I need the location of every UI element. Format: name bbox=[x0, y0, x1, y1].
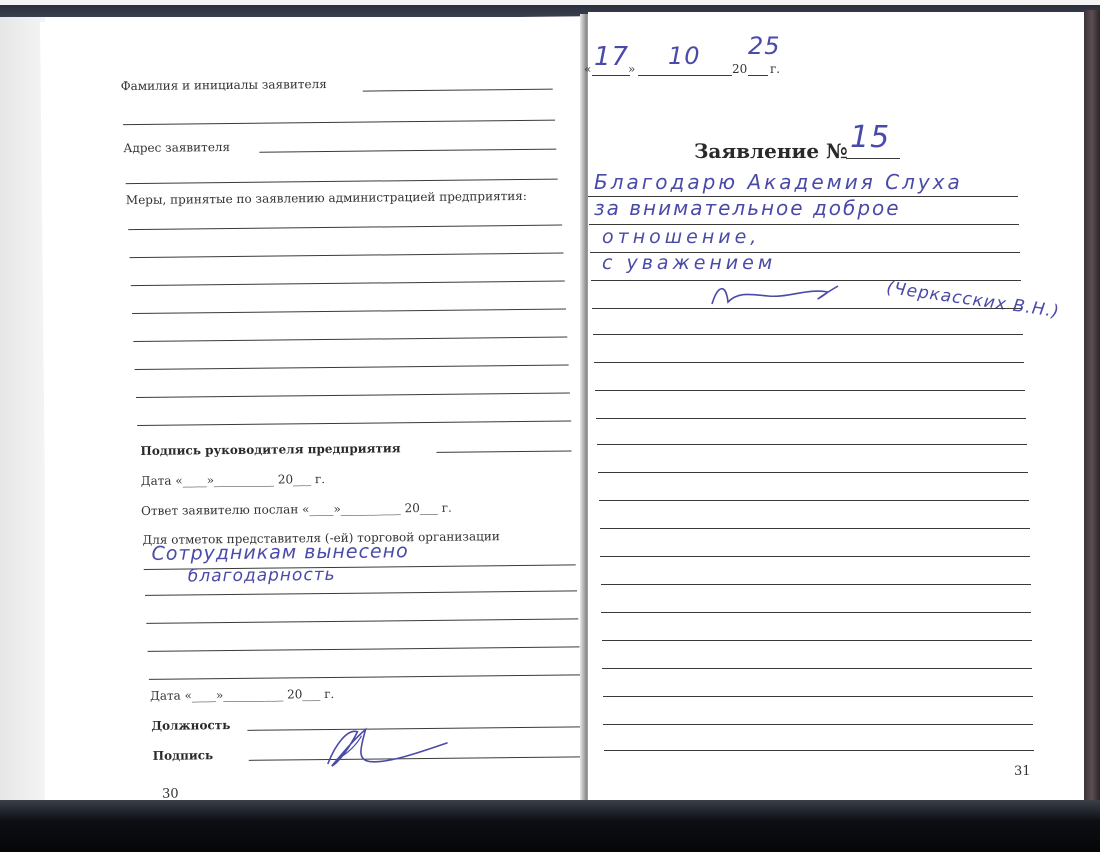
application-title: Заявление № bbox=[694, 139, 848, 163]
measures-label: Меры, принятые по заявлению администраци… bbox=[126, 189, 527, 207]
text-line bbox=[601, 584, 1031, 585]
measures-line bbox=[131, 281, 565, 287]
notes-line bbox=[149, 674, 581, 680]
date-year-mark: г. bbox=[770, 62, 780, 76]
left-page: Фамилия и инициалы заявителя Адрес заяви… bbox=[40, 16, 593, 830]
manager-signature-label: Подпись руководителя предприятия bbox=[140, 441, 400, 458]
date-month-line bbox=[638, 75, 732, 76]
notes-line bbox=[145, 590, 577, 596]
notes-line bbox=[148, 646, 580, 652]
text-line bbox=[599, 500, 1029, 501]
text-line bbox=[592, 308, 1022, 309]
notes-line bbox=[146, 618, 578, 624]
page-stack-edge bbox=[0, 15, 45, 815]
application-number-line bbox=[846, 158, 900, 159]
text-line bbox=[603, 696, 1033, 697]
handwritten-line-3: отношение, bbox=[602, 226, 760, 248]
date-line-1: Дата «____»__________ 20___ г. bbox=[141, 472, 325, 488]
text-line bbox=[601, 612, 1031, 613]
signature-label: Подпись bbox=[153, 748, 214, 763]
date-year-suffix: 25 bbox=[748, 32, 781, 60]
text-line bbox=[602, 668, 1032, 669]
org-rep-note-line-1: Сотрудникам вынесено bbox=[151, 540, 408, 565]
book-cover-bottom bbox=[0, 800, 1100, 852]
handwritten-line-1: Благодарю Академия Слуха bbox=[594, 170, 963, 194]
date-year-line bbox=[748, 75, 768, 76]
date-close-quote: » bbox=[628, 62, 635, 76]
measures-line bbox=[137, 420, 571, 426]
text-line bbox=[589, 224, 1019, 225]
applicant-name-line-2 bbox=[123, 120, 555, 126]
book-cover-right bbox=[1084, 10, 1100, 810]
measures-line bbox=[133, 336, 567, 342]
handwritten-line-4: с уважением bbox=[602, 252, 776, 274]
measures-line bbox=[132, 309, 566, 315]
date-month: 10 bbox=[668, 42, 701, 70]
manager-signature-line bbox=[437, 450, 572, 452]
text-line bbox=[594, 362, 1024, 363]
text-line bbox=[593, 334, 1023, 335]
right-page: « 17 » 10 20 25 г. Заявление № 15 Благод… bbox=[588, 12, 1084, 806]
applicant-name-label: Фамилия и инициалы заявителя bbox=[121, 77, 327, 93]
text-line bbox=[600, 528, 1030, 529]
date-open-quote: « bbox=[584, 62, 591, 76]
measures-line bbox=[136, 392, 570, 398]
org-rep-note-line-2: благодарность bbox=[188, 565, 336, 587]
date-line-2: Дата «____»__________ 20___ г. bbox=[150, 687, 334, 703]
text-line bbox=[597, 444, 1027, 445]
text-line bbox=[603, 724, 1033, 725]
text-line bbox=[595, 390, 1025, 391]
date-day: 17 bbox=[594, 42, 629, 72]
signature-name: (Черкасских В.Н.) bbox=[885, 278, 1061, 322]
applicant-address-line-2 bbox=[126, 179, 558, 185]
page-number-right: 31 bbox=[1014, 764, 1031, 779]
measures-line bbox=[135, 364, 569, 370]
text-line bbox=[600, 556, 1030, 557]
handwritten-signature-icon bbox=[317, 723, 458, 774]
text-line bbox=[602, 640, 1032, 641]
applicant-address-line bbox=[259, 149, 556, 153]
applicant-address-label: Адрес заявителя bbox=[123, 140, 230, 155]
application-number: 15 bbox=[850, 120, 890, 155]
date-year-prefix: 20 bbox=[732, 62, 747, 76]
date-day-line bbox=[592, 75, 630, 76]
measures-line bbox=[129, 253, 563, 259]
response-sent-line: Ответ заявителю послан «____»__________ … bbox=[141, 501, 452, 518]
handwritten-line-2: за внимательное доброе bbox=[594, 196, 901, 220]
text-line bbox=[596, 418, 1026, 419]
text-line bbox=[604, 750, 1034, 751]
applicant-name-line bbox=[363, 89, 553, 92]
text-line bbox=[598, 472, 1028, 473]
measures-line bbox=[128, 225, 562, 231]
position-label: Должность bbox=[151, 718, 230, 733]
